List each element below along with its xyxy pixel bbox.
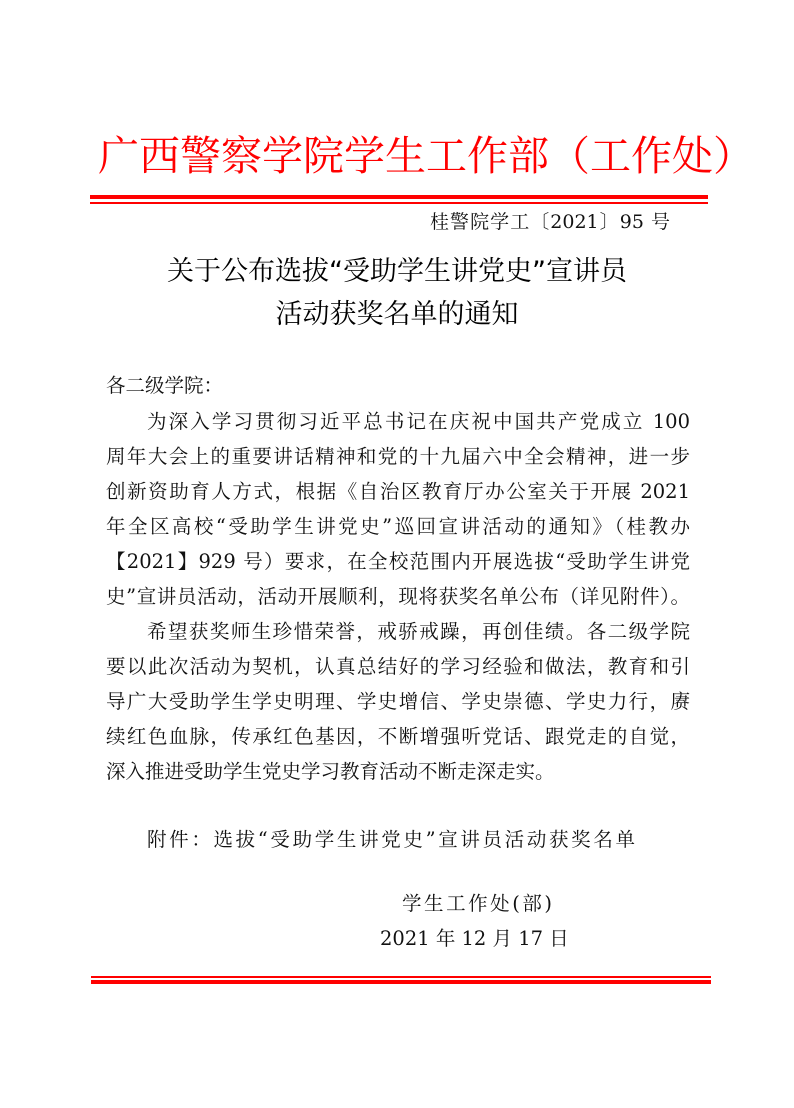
notice-title-line-2: 活动获奖名单的通知 xyxy=(100,295,694,335)
header-rule-thin xyxy=(90,202,708,204)
footer-rule-thick xyxy=(91,980,711,984)
paragraph-2-line: 深入推进受助学生党史学习教育活动不断走深走实。 xyxy=(106,754,690,789)
paragraph-1-line: 创新资助育人方式，根据《自治区教育厅办公室关于开展 2021 xyxy=(106,474,690,509)
attachment-note: 附件：选拔“受助学生讲党史”宣讲员活动获奖名单 xyxy=(147,822,635,857)
signature-office: 学生工作处(部) xyxy=(402,886,552,921)
header-rule-thick xyxy=(90,195,708,199)
notice-title-line-1: 关于公布选拔“受助学生讲党史”宣讲员 xyxy=(100,252,694,292)
paragraph-1-line: 【2021】929 号）要求，在全校范围内开展选拔“受助学生讲党 xyxy=(106,544,690,579)
signature-date: 2021 年 12 月 17 日 xyxy=(380,921,553,956)
paragraph-1-line: 为深入学习贯彻习近平总书记在庆祝中国共产党成立 100 xyxy=(147,404,690,439)
paragraph-1-line: 年全区高校“受助学生讲党史”巡回宣讲活动的通知》（桂教办 xyxy=(106,509,690,544)
footer-rule-thin xyxy=(91,976,711,978)
salutation: 各二级学院： xyxy=(106,368,223,403)
paragraph-2-line: 导广大受助学生学史明理、学史增信、学史崇德、学史力行，赓 xyxy=(106,684,690,719)
masthead-title: 广西警察学院学生工作部（工作处） xyxy=(98,126,698,186)
document-number: 桂警院学工〔2021〕95 号 xyxy=(430,208,670,236)
paragraph-2-line: 希望获奖师生珍惜荣誉，戒骄戒躁，再创佳绩。各二级学院 xyxy=(147,614,690,649)
paragraph-2-line: 要以此次活动为契机，认真总结好的学习经验和做法，教育和引 xyxy=(106,649,690,684)
paragraph-1-line: 史”宣讲员活动，活动开展顺利，现将获奖名单公布（详见附件）。 xyxy=(106,579,690,614)
paragraph-2-line: 续红色血脉，传承红色基因，不断增强听党话、跟党走的自觉， xyxy=(106,719,690,754)
paragraph-1-line: 周年大会上的重要讲话精神和党的十九届六中全会精神，进一步 xyxy=(106,439,690,474)
